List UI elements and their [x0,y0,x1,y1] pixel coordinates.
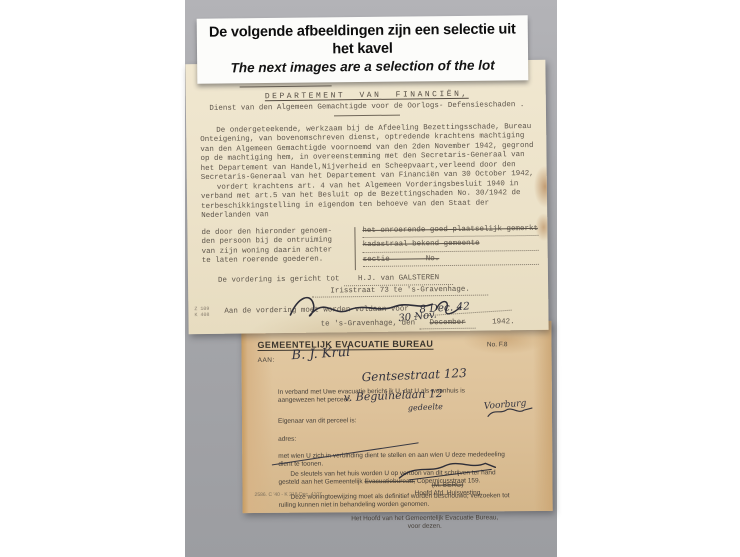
doc1-subtitle: Dienst van den Algemeen Gemachtigde voor… [200,101,534,115]
intro-line-2: aangewezen het perceel: [278,396,351,404]
doc2-signature-block: (M. BERG) Hoofd Afd. Huisvesting [392,459,502,498]
signature-scribble-icon [284,289,462,325]
doc2-form-number: No. F.8 [487,341,536,349]
doc1-title: DEPARTEMENT VAN FINANCIËN, [200,88,534,102]
assigned-house-handwriting: v. Beguinelaan 12 [344,390,443,402]
doc1-paragraph-1: De ondergeteekende, werkzaam bij de Afde… [200,122,535,183]
addressee-name: H.J. van GALSTEREN [344,274,453,286]
banner-text-english: The next images are a selection of the l… [203,56,522,76]
year-value: 1942. [492,318,515,326]
struck-option-line: sectie No. [363,253,539,267]
clause-line: te laten roerende goederen. [202,255,350,266]
document-departement-financien: Vor. no.2490. DEPARTEMENT VAN FINANCIËN,… [185,60,548,334]
doc1-struck-clause: het onroerende goed plaatselijk gemerkt … [354,224,538,270]
doc1-signature [284,289,462,325]
closing-line-2: voor dezen. [339,522,511,531]
doc1-form-code: Z 109 K 408 [194,306,209,318]
auction-lot-page: De volgende afbeeldingen zijn een select… [0,0,740,557]
signature-scribble-icon [395,459,499,482]
doc1-kept-clause: de door den hieronder genoem- den persoo… [201,227,350,272]
subtitle-rule [334,114,400,116]
lot-banner: De volgende afbeeldingen zijn een select… [197,15,529,83]
aan-label: AAN: [258,357,275,364]
lot-photo: De volgende afbeeldingen zijn een select… [185,0,557,557]
closing-block: Het Hoofd van het Gemeentelijk Evacuatie… [279,514,511,532]
doc2-form-code: 2586. C '40 - K 218-Dec. 4107 [255,491,322,499]
form-code-line: K 408 [194,312,209,318]
struck-option-line: het onroerende goed plaatselijk gemerkt [362,224,538,238]
intro-line-2-row: aangewezen het perceel: v. Beguinelaan 1… [278,395,510,407]
addressee-street-handwriting: Gentsestraat 123 [362,366,536,386]
doc1-options-columns: de door den hieronder genoem- den persoo… [201,224,536,272]
owner-row: Eigenaar van dit perceel is: [278,416,510,426]
handwritten-scribble-icon [486,406,534,420]
struck-option-line: kadastraal bekend gemeente [363,239,539,253]
banner-text-dutch: De volgende afbeeldingen zijn een select… [203,20,522,59]
signatory-title: Hoofd Afd. Huisvesting [393,489,503,498]
assigned-house-note-handwriting: gedeelte [408,403,443,412]
owner-label: Eigenaar van dit perceel is: [278,417,356,425]
doc1-paragraph-2: vordert krachtens art. 4 van het Algemee… [201,179,535,221]
claim-label: De vordering is gericht tot [218,275,340,284]
document-evacuatie-bureau: GEMEENTELIJK EVACUATIE BUREAU No. F.8 AA… [241,321,552,513]
addressee-handwriting: B. J. Krul [291,349,350,360]
